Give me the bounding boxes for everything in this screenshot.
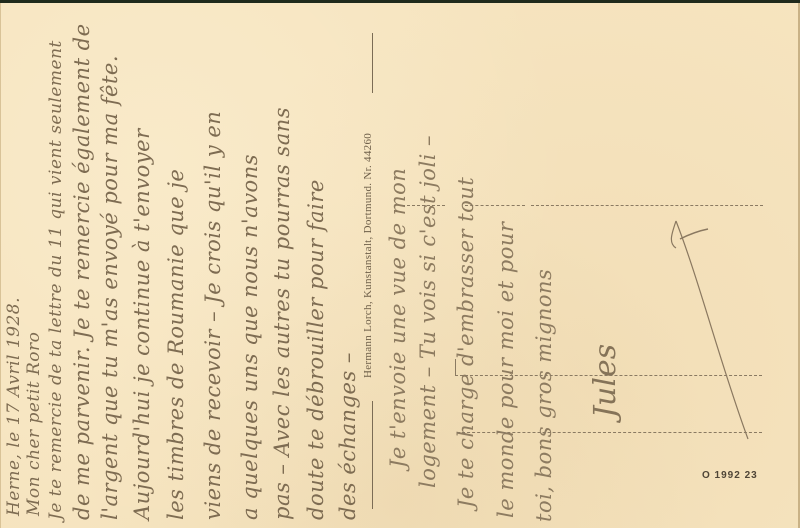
address-line-3	[457, 432, 762, 433]
letter-line: les timbres de Roumanie que je	[166, 169, 187, 520]
address-line-2	[455, 375, 762, 376]
letter-line: a quelques uns que nous n'avons	[240, 154, 261, 520]
letter-salutation: Mon cher petit Roro	[26, 332, 43, 516]
address-line-1	[531, 205, 763, 206]
address-line-2-tick	[455, 359, 456, 375]
postcard-back: Herne, le 17 Avril 1928. Mon cher petit …	[0, 3, 800, 528]
letter-line: logement – Tu vois si c'est joli –	[418, 135, 439, 488]
signature: Jules	[588, 344, 623, 418]
letter-line: l'argent que tu m'as envoyé pour ma fête…	[100, 55, 121, 520]
letter-line: des échanges –	[338, 352, 359, 520]
publisher-imprint: Hermann Lorch, Kunstanstalt, Dortmund. N…	[362, 133, 374, 378]
letter-line: le monde pour moi et pour	[496, 222, 517, 518]
letter-date-line: Herne, le 17 Avril 1928.	[6, 297, 23, 516]
letter-line: Je t'envoie une vue de mon	[388, 168, 409, 468]
divider-rule-top	[372, 33, 373, 93]
catalog-number: O 1992 23	[702, 470, 758, 481]
handwritten-letter: Herne, le 17 Avril 1928. Mon cher petit …	[0, 3, 800, 528]
address-line-1-segment	[402, 205, 445, 206]
letter-line: doute te débrouiller pour faire	[306, 179, 327, 520]
letter-line: Je te charge d'embrasser tout	[456, 177, 477, 508]
letter-line: toi, bons gros mignons	[534, 269, 555, 522]
letter-line: pas – Avec les autres tu pourras sans	[272, 107, 293, 520]
letter-line: Je te remercie de ta lettre du 11 qui vi…	[48, 40, 65, 520]
letter-line: Aujourd'hui je continue à t'envoyer	[132, 128, 153, 520]
letter-line: viens de recevoir – Je crois qu'il y en	[203, 111, 224, 520]
divider-rule-bottom	[372, 401, 373, 509]
address-line-1-segment	[465, 205, 525, 206]
letter-line: de me parvenir. Je te remercie également…	[72, 23, 93, 520]
